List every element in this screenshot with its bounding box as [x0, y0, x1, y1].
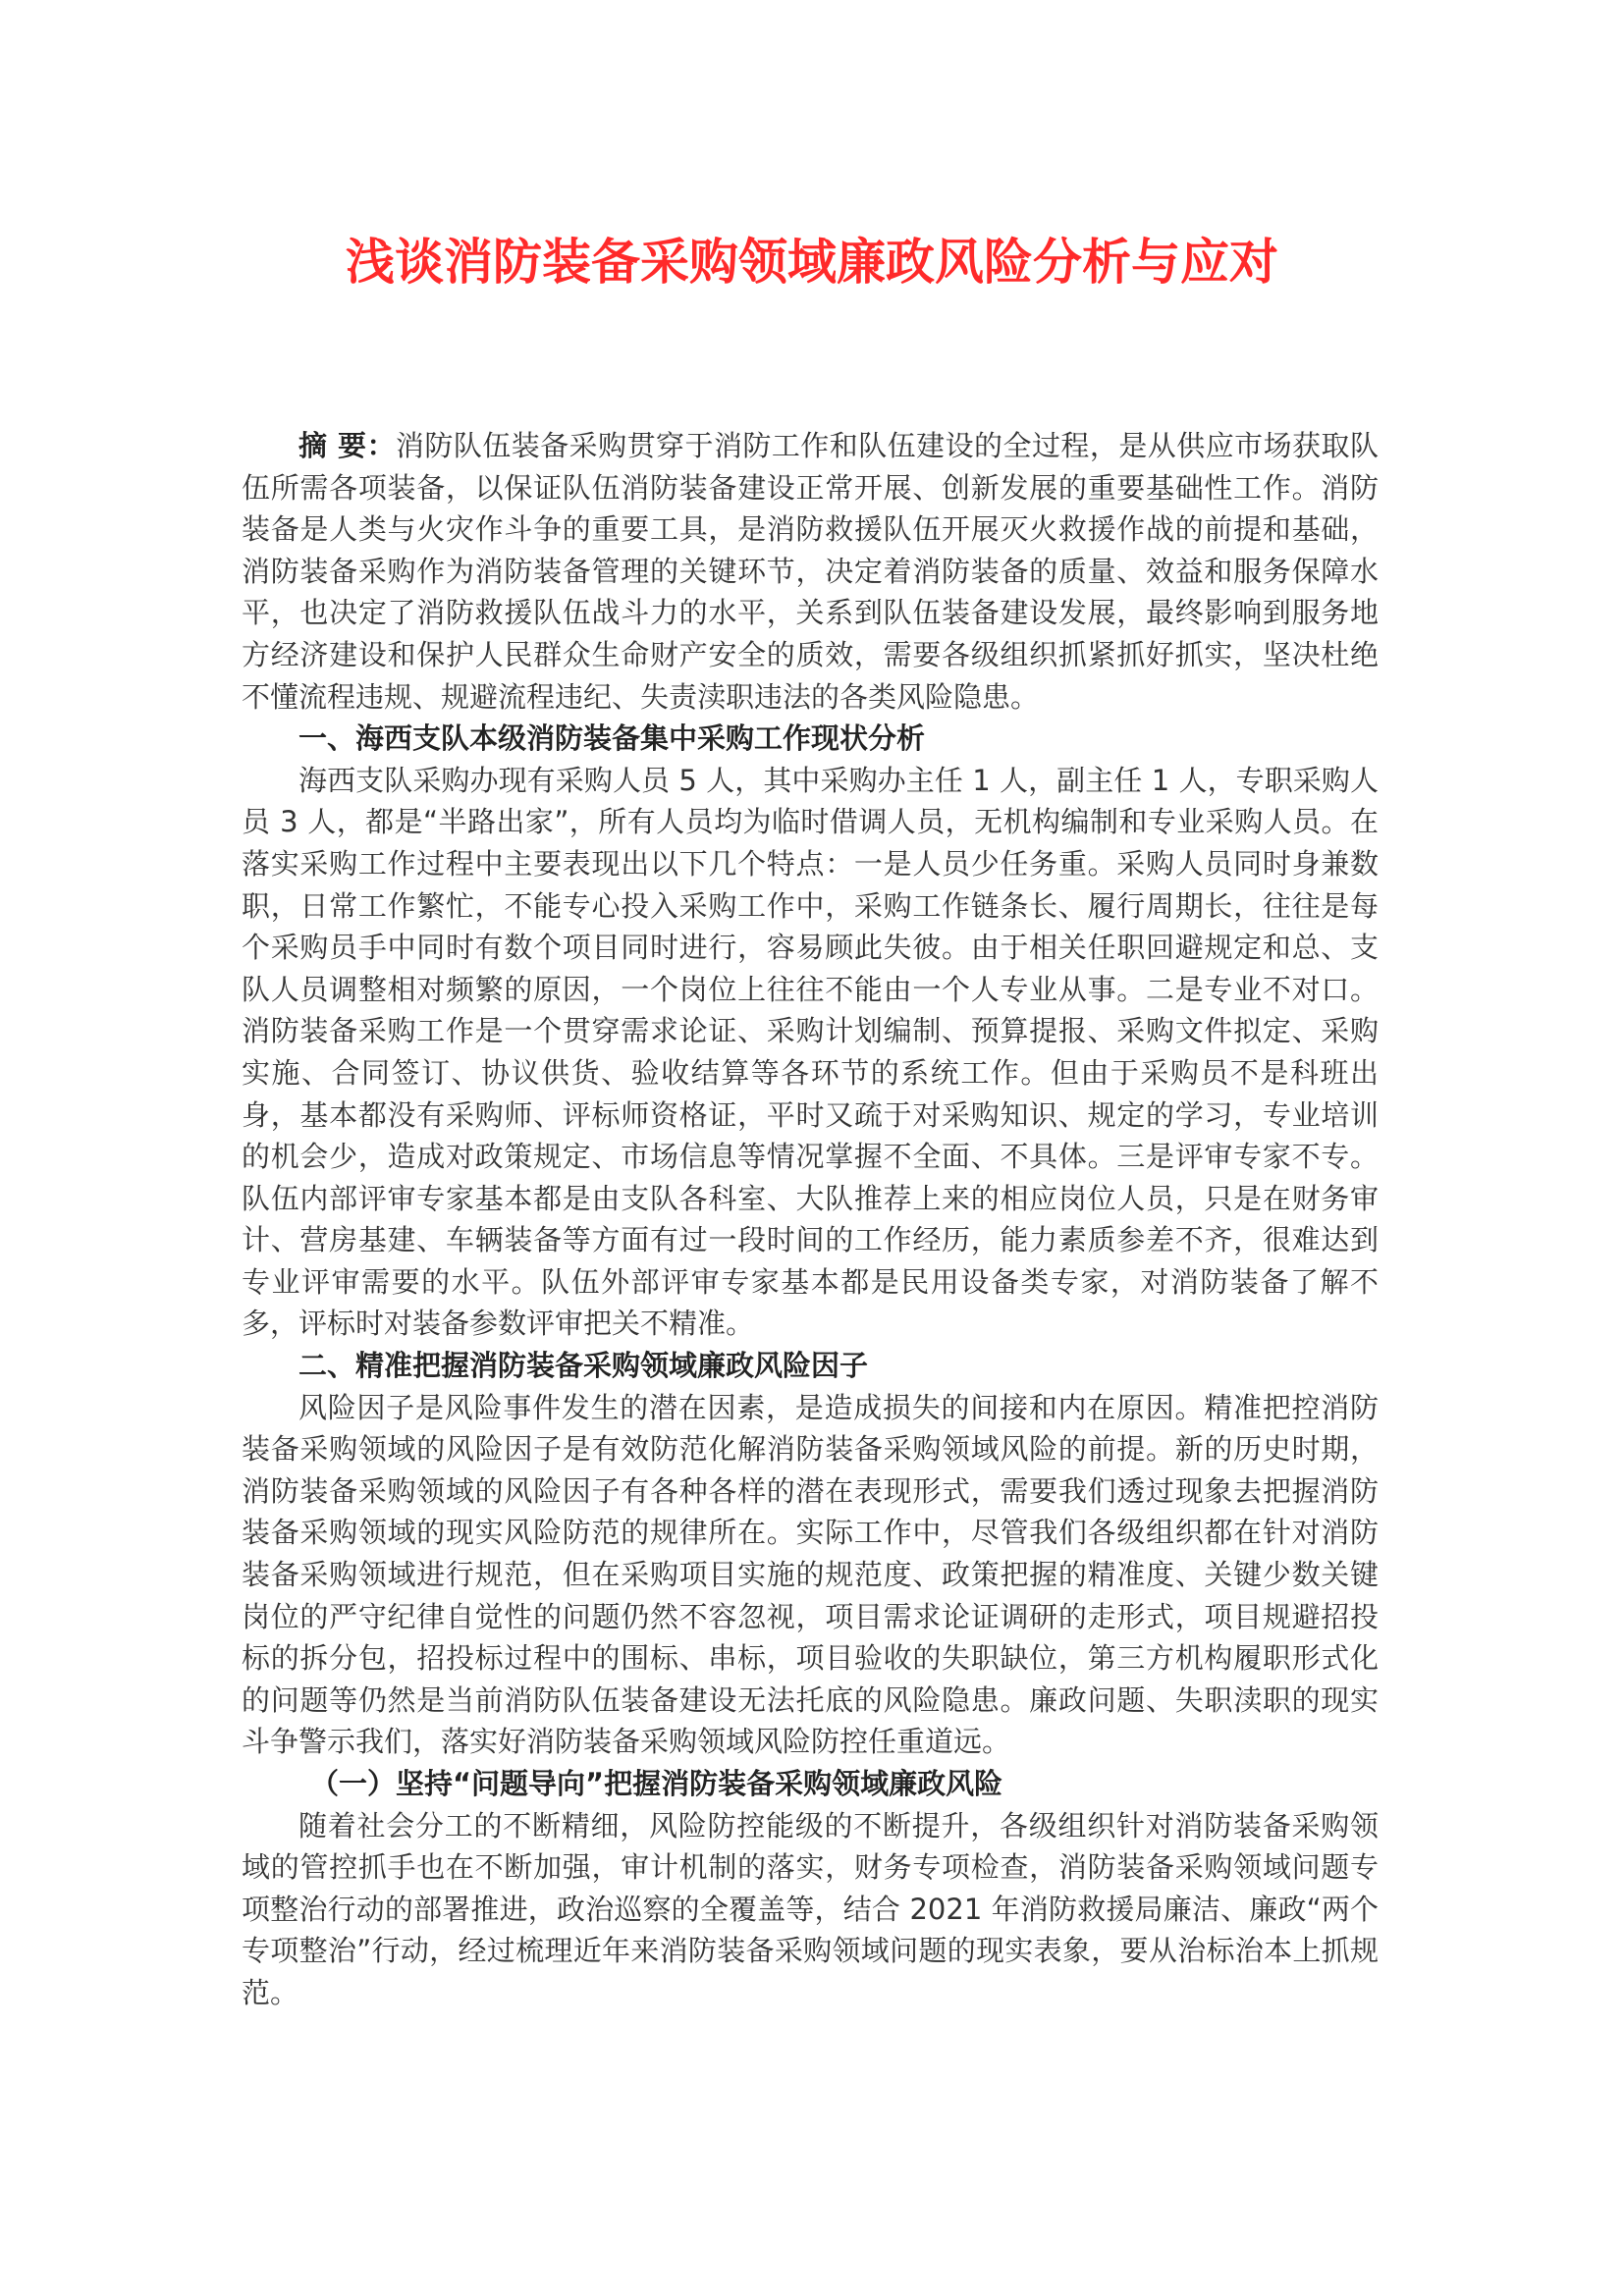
section-heading-2: 二、精准把握消防装备采购领域廉政风险因子	[242, 1345, 1379, 1387]
subsection-heading-2-1: （一）坚持“问题导向”把握消防装备采购领域廉政风险	[242, 1763, 1379, 1805]
document-title: 浅谈消防装备采购领域廉政风险分析与应对	[0, 228, 1624, 296]
abstract-text: 消防队伍装备采购贯穿于消防工作和队伍建设的全过程，是从供应市场获取队伍所需各项装…	[242, 429, 1379, 714]
section-1-paragraph: 海西支队采购办现有采购人员 5 人，其中采购办主任 1 人，副主任 1 人，专职…	[242, 760, 1379, 1345]
subsection-2-1-paragraph: 随着社会分工的不断精细，风险防控能级的不断提升，各级组织针对消防装备采购领域的管…	[242, 1805, 1379, 2014]
section-heading-1: 一、海西支队本级消防装备集中采购工作现状分析	[242, 718, 1379, 760]
document-body: 摘 要：消防队伍装备采购贯穿于消防工作和队伍建设的全过程，是从供应市场获取队伍所…	[242, 425, 1379, 2014]
abstract-label: 摘 要：	[298, 429, 396, 462]
document-page: 浅谈消防装备采购领域廉政风险分析与应对 摘 要：消防队伍装备采购贯穿于消防工作和…	[0, 0, 1624, 2296]
abstract-paragraph: 摘 要：消防队伍装备采购贯穿于消防工作和队伍建设的全过程，是从供应市场获取队伍所…	[242, 425, 1379, 718]
section-2-paragraph: 风险因子是风险事件发生的潜在因素，是造成损失的间接和内在原因。精准把控消防装备采…	[242, 1387, 1379, 1763]
